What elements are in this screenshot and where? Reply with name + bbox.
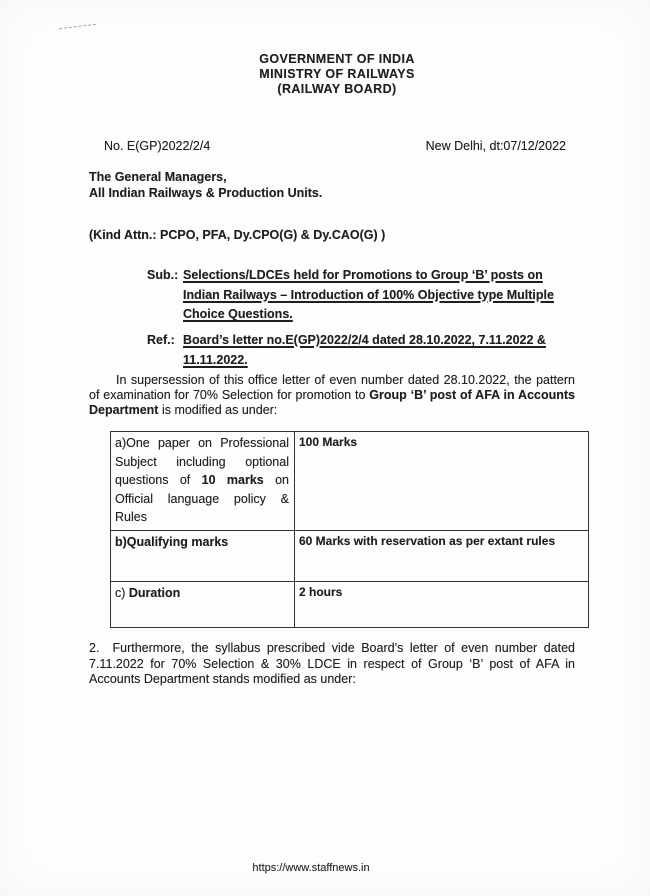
letterhead-line1: GOVERNMENT OF INDIA [24,52,650,67]
table-row-professional-paper: a)One paper on Professional Subject incl… [111,432,589,531]
cell-text-bold: b)Qualifying marks [115,535,228,549]
table-row-qualifying-marks: b)Qualifying marks 60 Marks with reserva… [111,531,589,582]
cell-value-text: 2 hours [299,585,342,599]
table-cell-value: 100 Marks [295,432,589,531]
exam-pattern-table: a)One paper on Professional Subject incl… [110,431,589,628]
table-cell-label: a)One paper on Professional Subject incl… [111,432,295,531]
reference-text: Board’s letter no.E(GP)2022/2/4 dated 28… [183,331,546,370]
footer-url: https://www.staffnews.in [0,862,622,874]
table-cell-value: 2 hours [295,582,589,628]
reference-block: Ref.: Board’s letter no.E(GP)2022/2/4 da… [147,331,546,370]
para-syllabus: 2. Furthermore, the syllabus prescribed … [89,641,575,688]
addressee-line1: The General Managers, [89,170,322,186]
para-supersession-text-end: is modified as under: [158,403,277,417]
cell-value-text: 100 Marks [299,435,357,449]
cell-text-bold: Duration [129,586,180,600]
subject-block: Sub.: Selections/LDCEs held for Promotio… [147,266,554,325]
cell-text: c) [115,586,129,600]
table-cell-label: b)Qualifying marks [111,531,295,582]
reference-label: Ref.: [147,331,183,370]
kind-attention-line: (Kind Attn.: PCPO, PFA, Dy.CPO(G) & Dy.C… [89,228,385,242]
document-page: GOVERNMENT OF INDIA MINISTRY OF RAILWAYS… [0,0,650,896]
subject-line: Selections/LDCEs held for Promotions to … [183,266,554,286]
addressee-block: The General Managers, All Indian Railway… [89,170,322,201]
letterhead: GOVERNMENT OF INDIA MINISTRY OF RAILWAYS… [24,52,650,97]
letterhead-line3: (RAILWAY BOARD) [24,82,650,97]
letter-meta-row: No. E(GP)2022/2/4 New Delhi, dt:07/12/20… [104,139,566,153]
table-row-duration: c) Duration 2 hours [111,582,589,628]
cell-text-bold: 10 marks [202,473,264,487]
subject-text: Selections/LDCEs held for Promotions to … [183,266,554,325]
subject-line: Indian Railways – Introduction of 100% O… [183,286,554,306]
addressee-line2: All Indian Railways & Production Units. [89,186,322,202]
subject-label: Sub.: [147,266,183,325]
pen-scribble-mark [59,24,96,30]
reference-line: Board’s letter no.E(GP)2022/2/4 dated 28… [183,331,546,351]
letter-place-date: New Delhi, dt:07/12/2022 [426,139,566,153]
cell-value-text: 60 Marks with reservation as per extant … [299,534,555,548]
reference-line: 11.11.2022. [183,351,546,371]
letterhead-line2: MINISTRY OF RAILWAYS [24,67,650,82]
letter-number: No. E(GP)2022/2/4 [104,139,210,153]
table-cell-label: c) Duration [111,582,295,628]
para-supersession: In supersession of this office letter of… [89,373,575,418]
subject-line: Choice Questions. [183,305,554,325]
table-cell-value: 60 Marks with reservation as per extant … [295,531,589,582]
